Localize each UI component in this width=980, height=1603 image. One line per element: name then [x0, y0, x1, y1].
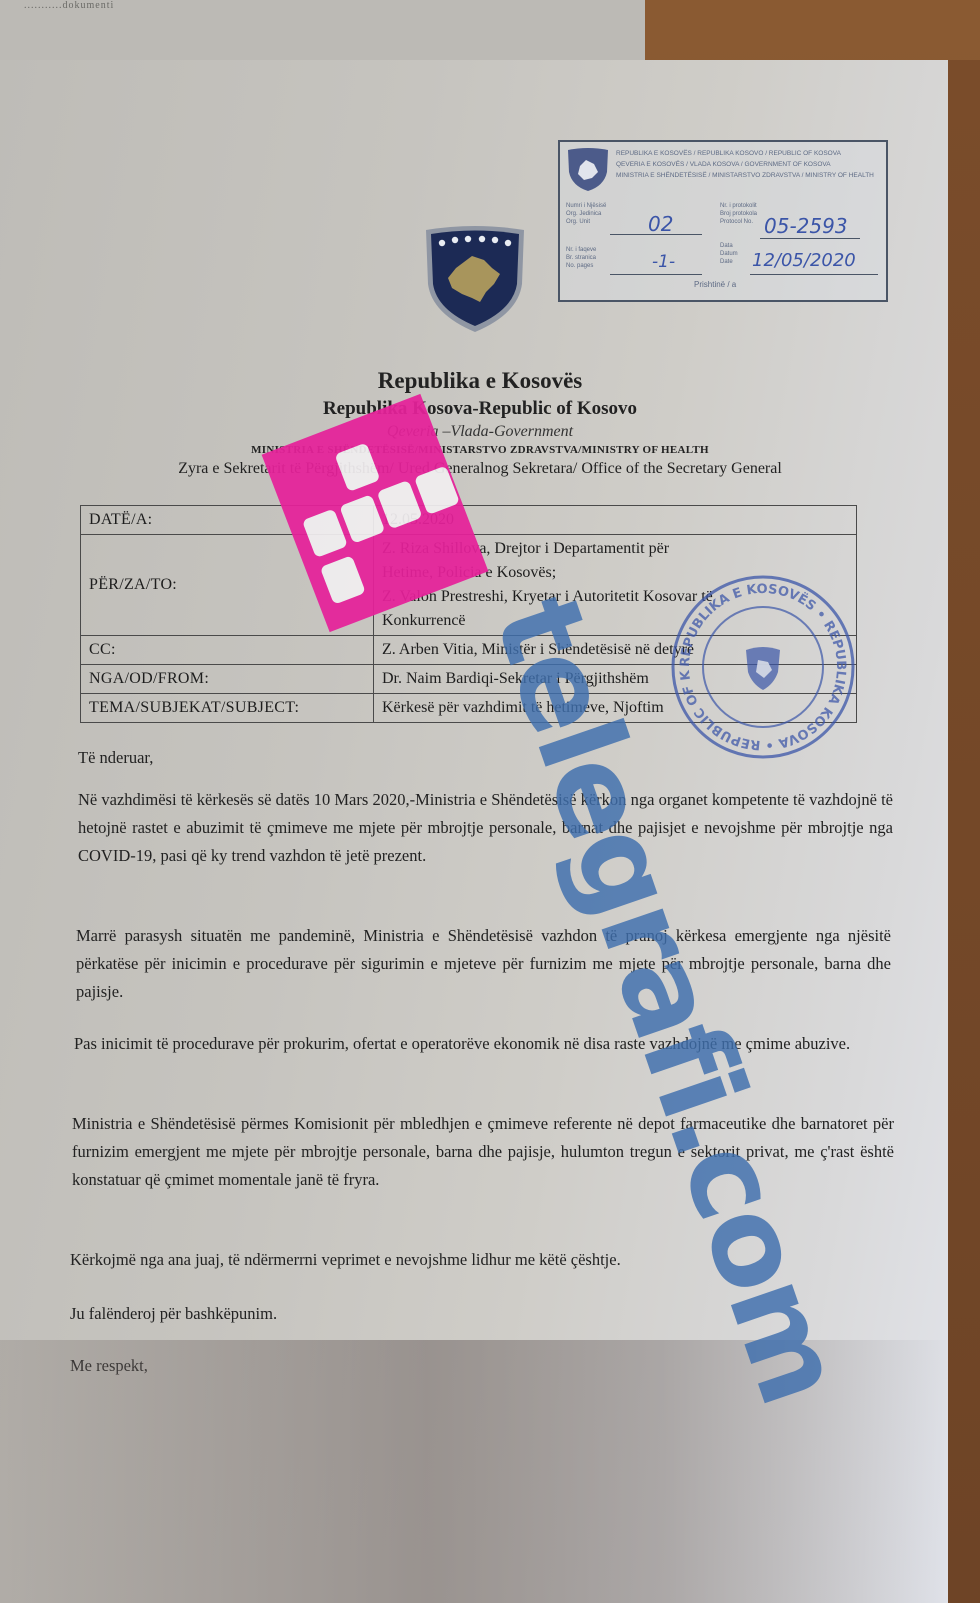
- kosovo-coat-of-arms-icon: [422, 222, 528, 334]
- stamp-date-labels: Data Datum Date: [720, 242, 738, 266]
- stamp-label: Org. Jedinica: [566, 210, 606, 218]
- stamp-unit-value: 02: [648, 212, 673, 236]
- stamp-label: No. pages: [566, 262, 596, 270]
- stamp-label: Data: [720, 242, 738, 250]
- stamp-header-line: QEVERIA E KOSOVËS / VLADA KOSOVA / GOVER…: [616, 159, 878, 170]
- back-sheet-text: ...........dokumenti: [24, 0, 114, 11]
- stamp-label: Protocol No.: [720, 218, 757, 226]
- stamp-label: Nr. i faqeve: [566, 246, 596, 254]
- registry-stamp: REPUBLIKA E KOSOVËS / REPUBLIKA KOSOVO /…: [558, 140, 888, 302]
- letterhead-ministry: MINISTRIA E SHËNDETËSISË/MINISTARSTVO ZD…: [80, 442, 880, 458]
- letterhead: Republika e Kosovës Republika Kosova-Rep…: [80, 366, 880, 480]
- letterhead-subtitle: Republika Kosova-Republic of Kosovo: [80, 396, 880, 422]
- stamp-emblem-icon: [566, 146, 610, 192]
- subject-label: TEMA/SUBJEKAT/SUBJECT:: [81, 694, 374, 723]
- stamp-protocol-value: 05-2593: [764, 214, 848, 238]
- stamp-underline: [760, 238, 860, 239]
- stamp-footer: Prishtinë / a: [694, 280, 736, 289]
- from-label: NGA/OD/FROM:: [81, 665, 374, 694]
- stamp-label: Br. stranica: [566, 254, 596, 262]
- letterhead-office: Zyra e Sekretarit të Përgjithshëm/ Ured …: [80, 458, 880, 480]
- table-surface: [948, 60, 980, 1603]
- stamp-pages-value: -1-: [652, 252, 675, 272]
- stamp-header: REPUBLIKA E KOSOVËS / REPUBLIKA KOSOVO /…: [616, 148, 878, 181]
- stamp-label: Numri i Njësisë: [566, 202, 606, 210]
- stamp-underline: [610, 234, 702, 235]
- paragraph-3: Pas inicimit të procedurave për prokurim…: [74, 1030, 889, 1058]
- paragraph-2: Marrë parasysh situatën me pandeminë, Mi…: [76, 922, 891, 1006]
- stamp-unit-labels: Numri i Njësisë Org. Jedinica Org. Unit: [566, 202, 606, 226]
- stamp-label: Broj protokola: [720, 210, 757, 218]
- stamp-label: Org. Unit: [566, 218, 606, 226]
- stamp-date-value: 12/05/2020: [752, 250, 856, 271]
- stamp-label: Nr. i protokolit: [720, 202, 757, 210]
- stamp-label: Date: [720, 258, 738, 266]
- official-seal-icon: REPUBLIKA E KOSOVËS • REPUBLIKA KOSOVA •…: [668, 572, 858, 762]
- stamp-protocol-labels: Nr. i protokolit Broj protokola Protocol…: [720, 202, 757, 226]
- cc-label: CC:: [81, 636, 374, 665]
- stamp-header-line: MINISTRIA E SHËNDETËSISË / MINISTARSTVO …: [616, 170, 878, 181]
- stamp-label: Datum: [720, 250, 738, 258]
- letterhead-government: Qeveria –Vlada-Government: [80, 422, 880, 442]
- letterhead-title: Republika e Kosovës: [80, 366, 880, 396]
- paragraph-1: Në vazhdimësi të kërkesës së datës 10 Ma…: [78, 786, 893, 870]
- stamp-underline: [750, 274, 878, 275]
- stamp-pages-labels: Nr. i faqeve Br. stranica No. pages: [566, 246, 596, 270]
- stamp-header-line: REPUBLIKA E KOSOVËS / REPUBLIKA KOSOVO /…: [616, 148, 878, 159]
- stamp-underline: [610, 274, 702, 275]
